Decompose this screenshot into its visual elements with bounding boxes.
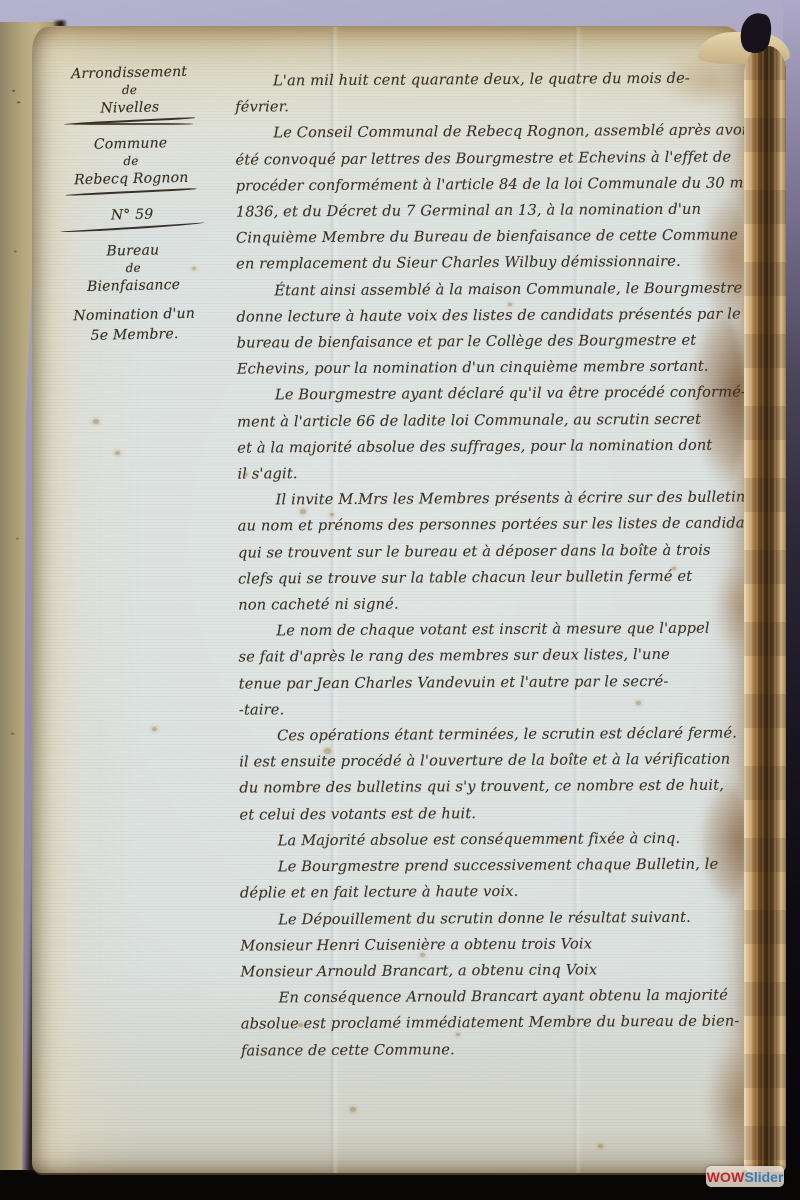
foxing-spot	[598, 1144, 603, 1148]
manuscript-line: -taire.	[239, 694, 746, 723]
manuscript-line: du nombre des bulletins qui s'y trouvent…	[239, 773, 746, 802]
manuscript-line: en remplacement du Sieur Charles Wilbuy …	[236, 249, 746, 278]
manuscript-line: et à la majorité absolue des suffrages, …	[237, 432, 746, 461]
manuscript-line: absolue est proclamé immédiatement Membr…	[241, 1009, 746, 1038]
manuscript-line: donne lecture à haute voix des listes de…	[236, 301, 746, 330]
manuscript-line: clefs qui se trouve sur la table chacun …	[238, 563, 746, 592]
margin-note-line: 5e Membre.	[50, 323, 218, 347]
manuscript-line: Cinquième Membre du Bureau de bienfaisan…	[236, 223, 746, 252]
foxing-spot	[350, 1107, 356, 1112]
manuscript-line: Le Conseil Communal de Rebecq Rognon, as…	[235, 118, 746, 147]
margin-note-line: Nivelles	[46, 96, 214, 120]
manuscript-line: 1836, et du Décret du 7 Germinal an 13, …	[236, 196, 746, 225]
manuscript-line: se fait d'après le rang des membres sur …	[238, 642, 746, 671]
manuscript-line: L'an mil huit cent quarante deux, le qua…	[235, 65, 746, 94]
manuscript-line: Echevins, pour la nomination d'un cinqui…	[237, 354, 746, 383]
margin-note-group: CommunedeRebecq Rognon	[46, 132, 215, 198]
manuscript-line: il est ensuite procédé à l'ouverture de …	[239, 747, 746, 776]
manuscript-line: Le Bourgmestre prend successivement chaq…	[240, 852, 746, 881]
body-text: L'an mil huit cent quarante deux, le qua…	[235, 65, 746, 1064]
manuscript-line: Le nom de chaque votant est inscrit à me…	[238, 616, 746, 645]
manuscript-line: Le Dépouillement du scrutin donne le rés…	[240, 904, 746, 933]
watermark-badge[interactable]: WOWSlider	[706, 1166, 784, 1187]
manuscript-line: il s'agit.	[237, 458, 746, 487]
manuscript-line: La Majorité absolue est conséquemment fi…	[240, 825, 746, 854]
watermark-wow: WOW	[707, 1170, 745, 1184]
manuscript-line: En conséquence Arnould Brancart ayant ob…	[241, 983, 746, 1012]
margin-note-group: BureaudeBienfaisance	[49, 239, 218, 298]
manuscript-photo: ArrondissementdeNivellesCommunedeRebecq …	[0, 0, 800, 1200]
manuscript-line: Étant ainsi assemblé à la maison Communa…	[236, 275, 746, 304]
foxing-spot	[152, 727, 157, 731]
manuscript-line: au nom et prénoms des personnes portées …	[238, 511, 746, 540]
page-edge-stack	[744, 46, 786, 1172]
margin-note-line: Bienfaisance	[49, 274, 217, 298]
watermark-slider: Slider	[745, 1170, 784, 1184]
manuscript-line: procéder conformément à l'article 84 de …	[236, 170, 746, 199]
manuscript-line: ment à l'article 66 de ladite loi Commun…	[237, 406, 746, 435]
manuscript-line: Le Bourgmestre ayant déclaré qu'il va êt…	[237, 380, 746, 409]
manuscript-line: et celui des votants est de huit.	[239, 799, 746, 828]
margin-note-group: ArrondissementdeNivelles	[45, 61, 214, 127]
margin-note-line: Nomination d'un	[50, 303, 218, 327]
manuscript-line: non cacheté ni signé.	[238, 589, 746, 618]
foxing-spot	[93, 419, 99, 424]
manuscript-line: tenue par Jean Charles Vandevuin et l'au…	[239, 668, 746, 697]
margin-note-line: Rebecq Rognon	[47, 167, 215, 191]
manuscript-line: qui se trouvent sur le bureau et à dépos…	[238, 537, 746, 566]
margin-note-group: Nomination d'un5e Membre.	[50, 303, 219, 347]
manuscript-line: Il invite M.Mrs les Membres présents à é…	[238, 485, 746, 514]
manuscript-line: février.	[235, 92, 746, 121]
manuscript-line: faisance de cette Commune.	[241, 1035, 746, 1064]
manuscript-line: Ces opérations étant terminées, le scrut…	[239, 721, 746, 750]
manuscript-line: Monsieur Henri Cuisenière a obtenu trois…	[240, 930, 746, 959]
margin-annotations: ArrondissementdeNivellesCommunedeRebecq …	[45, 61, 219, 355]
manuscript-line: déplie et en fait lecture à haute voix.	[240, 878, 746, 907]
manuscript-page: ArrondissementdeNivellesCommunedeRebecq …	[32, 26, 746, 1175]
manuscript-line: Monsieur Arnould Brancart, a obtenu cinq…	[240, 956, 746, 985]
manuscript-line: bureau de bienfaisance et par le Collège…	[237, 327, 746, 356]
margin-note-group: N° 59	[48, 203, 217, 234]
foxing-spot	[115, 451, 120, 455]
manuscript-line: été convoqué par lettres des Bourgmestre…	[235, 144, 746, 173]
